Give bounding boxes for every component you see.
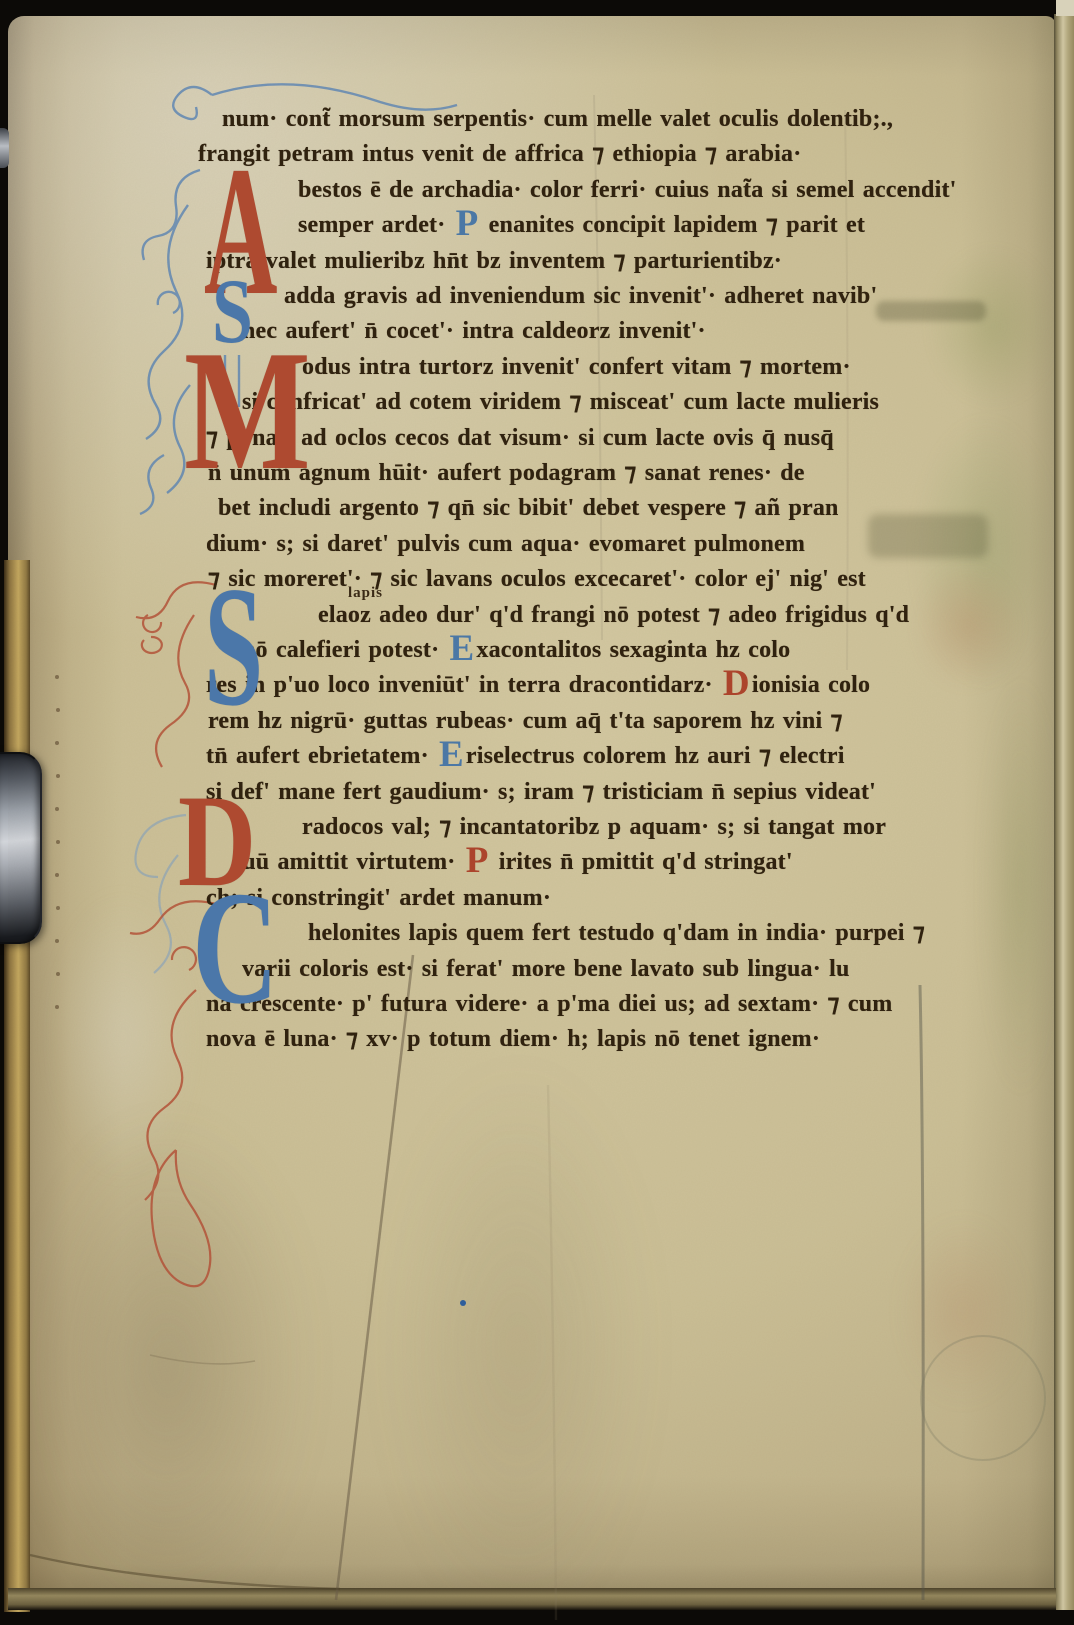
text-line: na crescente· p' futura videre· a p'ma d… xyxy=(190,987,1016,1023)
text-segment: ⁊ sic moreret'· ⁊ sic lavans oculos exce… xyxy=(208,566,866,592)
text-segment: radocos val; ⁊ incantatoribz p aquam· s;… xyxy=(302,814,886,840)
inline-initial: P xyxy=(464,840,491,881)
text-block: num· cont̃ morsum serpentis· cum melle v… xyxy=(190,102,1000,1092)
text-segment: nō calefieri potest· xyxy=(242,637,447,663)
text-segment: si def' mane fert gaudium· s; iram ⁊ tri… xyxy=(206,779,876,805)
text-segment: varii coloris est· si ferat' more bene l… xyxy=(242,956,850,982)
text-segment: si confricat' ad cotem viridem ⁊ misceat… xyxy=(242,389,879,415)
prick-dot xyxy=(56,774,60,778)
text-line: iptra valet mulieribz hn̄t bz inventem ⁊… xyxy=(190,244,1016,280)
inline-initial: E xyxy=(437,734,466,775)
text-line: bestos ē de archadia· color ferri· cuius… xyxy=(190,173,1074,209)
text-line: odus intra turtorz invenit' confert vita… xyxy=(190,350,1074,386)
text-line: ⁊ ponat' ad oclos cecos dat visum· si cu… xyxy=(190,421,1016,457)
text-segment: enanites concipit lapidem ⁊ parit et xyxy=(480,212,865,238)
text-segment: helonites lapis quem fert testudo q'dam … xyxy=(308,920,925,946)
text-line: tuū amittit virtutem· P irites n̄ pmitti… xyxy=(190,845,1044,881)
binding-gold-edge xyxy=(4,560,30,1612)
worn-patch xyxy=(53,896,193,1176)
text-segment: semper ardet· xyxy=(298,212,454,238)
text-line: si confricat' ad cotem viridem ⁊ misceat… xyxy=(190,385,1052,421)
text-line: num· cont̃ morsum serpentis· cum melle v… xyxy=(190,102,1032,138)
text-line: helonites lapis quem fert testudo q'dam … xyxy=(190,916,1074,952)
blue-ink-dot xyxy=(460,1300,466,1306)
margin-initial: C xyxy=(192,886,279,1012)
text-segment: adda gravis ad inveniendum sic invenit'·… xyxy=(284,283,877,309)
prick-dot xyxy=(55,873,59,877)
text-segment: odus intra turtorz invenit' confert vita… xyxy=(302,354,851,380)
text-line: nova ē luna· ⁊ xv· p totum diem· h; lapi… xyxy=(190,1022,1016,1058)
fore-edge-corner xyxy=(1056,0,1074,16)
bottom-page-edge xyxy=(8,1588,1056,1610)
margin-initial: S xyxy=(204,580,263,714)
text-segment: iptra valet mulieribz hn̄t bz inventem ⁊… xyxy=(206,248,782,274)
text-line: res in p'uo loco inveniūt' in terra drac… xyxy=(190,668,1016,704)
inline-initial: E xyxy=(447,628,476,669)
prick-dot xyxy=(56,972,60,976)
manuscript-photo: { "artifact": { "kind": "illuminated man… xyxy=(0,0,1074,1625)
text-line: bet includi argento ⁊ qn̄ sic bibit' deb… xyxy=(190,491,1028,527)
prick-dot xyxy=(56,708,60,712)
text-segment: bestos ē de archadia· color ferri· cuius… xyxy=(298,177,957,203)
inline-initial: D xyxy=(721,663,752,704)
stain xyxy=(898,1216,1028,1406)
text-line: tn̄ aufert ebrietatem· Eriselectrus colo… xyxy=(190,739,1016,775)
text-segment: tn̄ aufert ebrietatem· xyxy=(206,743,437,769)
text-segment: elaoz adeo dur' q'd frangi nō potest ⁊ a… xyxy=(318,602,909,628)
text-line: rem hz nigrū· guttas rubeas· cum aq̄ t't… xyxy=(190,704,1018,740)
text-line: n̄ unum agnum hūit· aufert podagram ⁊ sa… xyxy=(190,456,1018,492)
smudge xyxy=(388,1066,648,1606)
clasp-tip xyxy=(0,128,9,168)
text-segment: na crescente· p' futura videre· a p'ma d… xyxy=(206,991,892,1017)
text-line: si def' mane fert gaudium· s; iram ⁊ tri… xyxy=(190,775,1016,811)
margin-initial: M xyxy=(184,344,311,478)
text-segment: bet includi argento ⁊ qn̄ sic bibit' deb… xyxy=(218,495,839,521)
text-line: dium· s; si daret' pulvis cum aqua· evom… xyxy=(190,527,1016,563)
text-segment: nec aufert' n̄ cocet'· intra caldeorz in… xyxy=(242,318,706,344)
prick-dot xyxy=(56,840,60,844)
text-segment: nova ē luna· ⁊ xv· p totum diem· h; lapi… xyxy=(206,1026,820,1052)
text-segment: num· cont̃ morsum serpentis· cum melle v… xyxy=(222,106,893,132)
text-segment: frangit petram intus venit de affrica ⁊ … xyxy=(198,141,801,167)
prick-dot xyxy=(55,741,59,745)
text-segment: irites n̄ pmittit q'd stringat' xyxy=(491,849,793,875)
prick-dot xyxy=(56,906,60,910)
smudge xyxy=(28,1116,308,1606)
interlinear-gloss: lapis xyxy=(348,585,383,602)
text-segment: riselectrus colorem hz auri ⁊ electri xyxy=(466,743,845,769)
text-line: radocos val; ⁊ incantatoribz p aquam· s;… xyxy=(190,810,1074,846)
text-line: frangit petram intus venit de affrica ⁊ … xyxy=(190,137,1008,173)
text-line: semper ardet· P enanites concipit lapide… xyxy=(190,208,1074,244)
text-line: elaoz adeo dur' q'd frangi nō potest ⁊ a… xyxy=(190,598,1074,634)
text-segment: dium· s; si daret' pulvis cum aqua· evom… xyxy=(206,531,805,557)
prick-dot xyxy=(55,1005,59,1009)
text-line: ch; si constringit' ardet manum· xyxy=(190,881,1016,917)
prick-dot xyxy=(55,939,59,943)
prick-dot xyxy=(55,675,59,679)
prick-dot xyxy=(55,807,59,811)
text-line: adda gravis ad inveniendum sic invenit'·… xyxy=(190,279,1074,315)
text-line: nec aufert' n̄ cocet'· intra caldeorz in… xyxy=(190,314,1052,350)
text-line: ⁊ sic moreret'· ⁊ sic lavans oculos exce… xyxy=(190,562,1018,598)
metal-clasp xyxy=(0,752,42,944)
text-segment: ionisia colo xyxy=(752,672,870,698)
text-segment: xacontalitos sexaginta hz colo xyxy=(476,637,790,663)
text-segment: rem hz nigrū· guttas rubeas· cum aq̄ t't… xyxy=(208,708,843,734)
text-line: nō calefieri potest· Exacontalitos sexag… xyxy=(190,633,1052,669)
text-segment: res in p'uo loco inveniūt' in terra drac… xyxy=(206,672,721,698)
text-line: varii coloris est· si ferat' more bene l… xyxy=(190,952,1052,988)
inline-initial: P xyxy=(454,203,481,244)
